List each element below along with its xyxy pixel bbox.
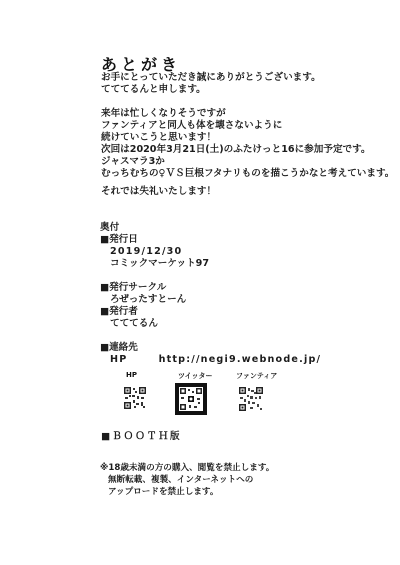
event-name: コミックマーケット97	[100, 258, 321, 270]
contact-label: ■連絡先	[100, 342, 321, 354]
notice-line: ※18歳未満の方の購入、閲覧を禁止します。	[100, 462, 274, 474]
hp-label: HP	[110, 354, 127, 365]
qr-label-hp: HP	[126, 371, 137, 379]
text-line: てててるんと申します。	[101, 84, 321, 96]
colophon-heading: 奥付	[100, 222, 321, 234]
circle-label: ■発行サークル	[100, 282, 321, 294]
spacer	[100, 330, 321, 342]
text-line: 来年は忙しくなりそうですが	[101, 108, 394, 120]
spacer	[100, 270, 321, 282]
text-line: むっちむちの♀ＶＳ巨根フタナリものを描こうかなと考えています。	[101, 168, 394, 180]
notice-line: アップロードを禁止します。	[100, 486, 274, 498]
colophon-section: 奥付 ■発行日 2019/12/30 コミックマーケット97 ■発行サークル ろ…	[100, 222, 321, 366]
plans-paragraph: 来年は忙しくなりそうですが ファンティアと同人も体を壊さないように 続けていこう…	[101, 108, 394, 180]
hp-url-link[interactable]: http://negi9.webnode.jp/	[159, 354, 322, 365]
text-line: 続けていこうと思います！	[101, 132, 394, 144]
qr-label-fantia: ファンティア	[236, 371, 277, 381]
age-restriction-notice: ※18歳未満の方の購入、閲覧を禁止します。 無断転載、複製、インターネットへの …	[100, 462, 274, 498]
publish-date: 2019/12/30	[100, 246, 321, 258]
qr-code-icon	[123, 386, 147, 410]
qr-code-icon	[175, 383, 207, 415]
text-line: それでは失礼いたします！	[101, 186, 216, 198]
publish-date-label: ■発行日	[100, 234, 321, 246]
text-line: ファンティアと同人も体を壊さないように	[101, 120, 394, 132]
contact-hp: HP http://negi9.webnode.jp/	[100, 354, 321, 366]
afterword-page: あとがき お手にとっていただき誠にありがとうございます。 てててるんと申します。…	[0, 0, 400, 565]
author-name: てててるん	[100, 318, 321, 330]
author-label: ■発行者	[100, 306, 321, 318]
notice-line: 無断転載、複製、インターネットへの	[100, 474, 274, 486]
circle-name: ろぜったすとーん	[100, 294, 321, 306]
qr-code-icon	[238, 386, 264, 412]
text-line: 次回は2020年3月21日(土)のふたけっと16に参加予定です。	[101, 144, 394, 156]
greeting-paragraph: お手にとっていただき誠にありがとうございます。 てててるんと申します。	[101, 72, 321, 96]
closing-paragraph: それでは失礼いたします！	[101, 186, 216, 198]
text-line: お手にとっていただき誠にありがとうございます。	[101, 72, 321, 84]
qr-label-twitter: ツイッター	[178, 371, 213, 381]
text-line: ジャスマラ3か	[101, 156, 394, 168]
booth-label: ■ＢＯＯＴＨ版	[101, 431, 182, 443]
